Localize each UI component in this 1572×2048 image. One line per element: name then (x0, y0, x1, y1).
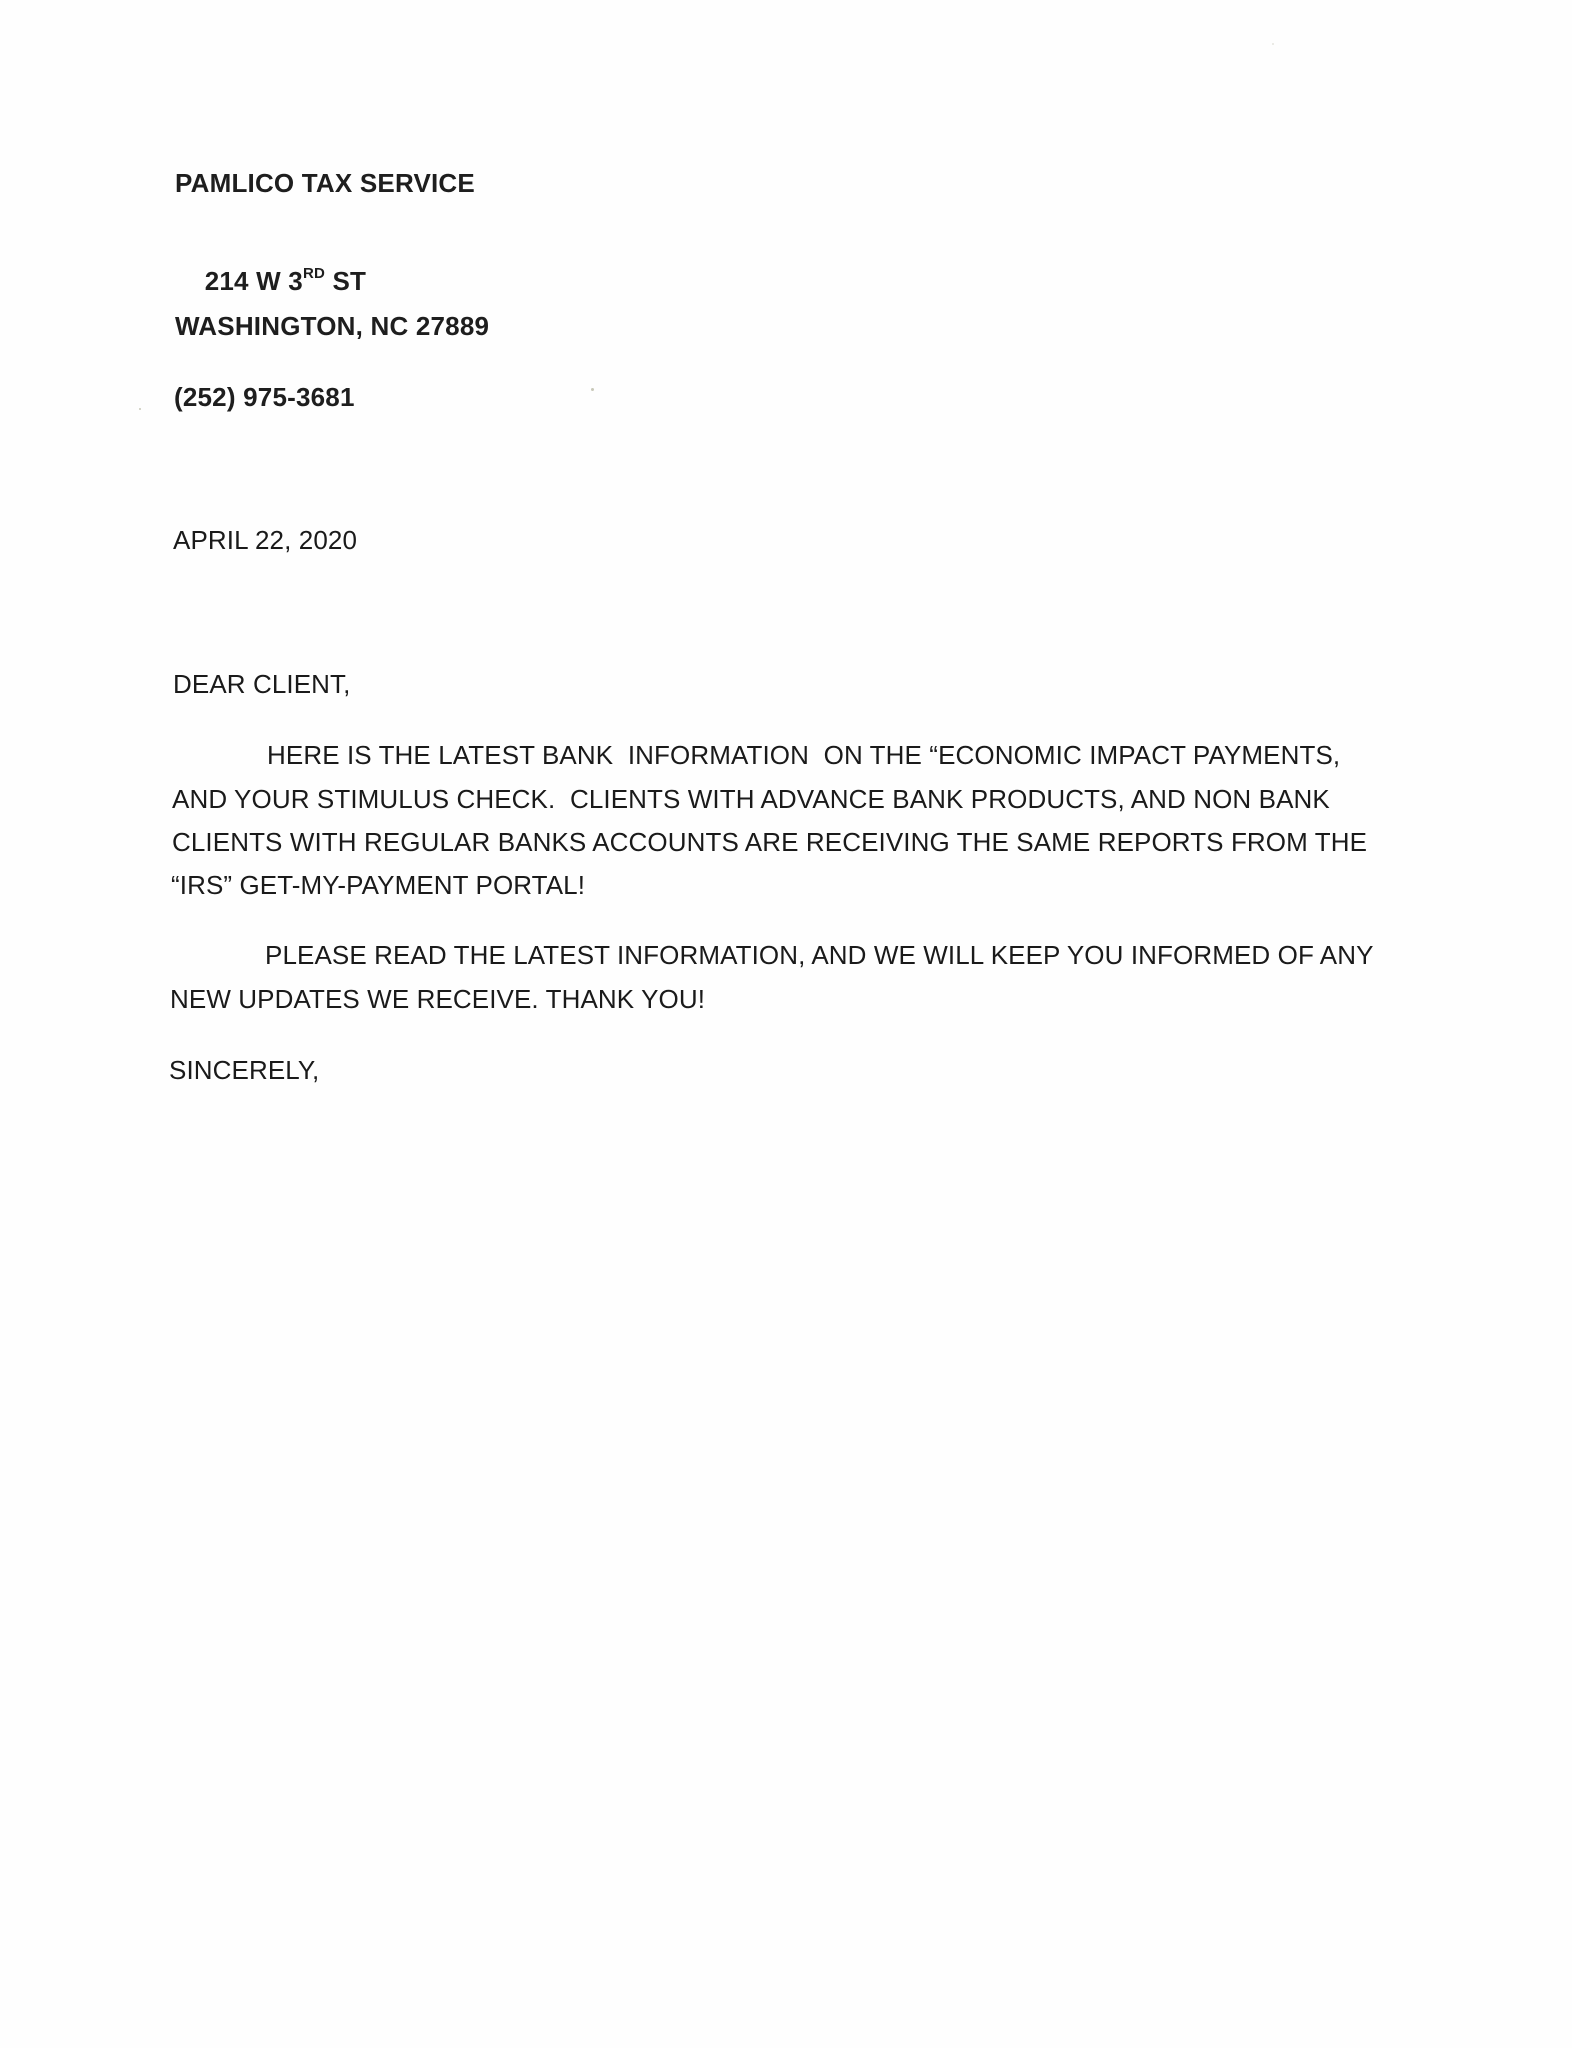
letter-page: PAMLICO TAX SERVICE 214 W 3RD ST WASHING… (0, 0, 1572, 2048)
letter-date: APRIL 22, 2020 (173, 527, 357, 553)
paragraph-1-line-4: “IRS” GET-MY-PAYMENT PORTAL! (171, 872, 585, 898)
address-street: ST (325, 266, 366, 296)
scan-speck (139, 408, 141, 410)
paragraph-2-line-1: PLEASE READ THE LATEST INFORMATION, AND … (265, 942, 1374, 968)
scan-speck (1272, 43, 1274, 45)
paragraph-1-line-3: CLIENTS WITH REGULAR BANKS ACCOUNTS ARE … (172, 829, 1367, 855)
phone-number: (252) 975-3681 (174, 384, 355, 410)
paragraph-2-line-2: NEW UPDATES WE RECEIVE. THANK YOU! (170, 986, 705, 1012)
address-number: 214 W 3 (205, 266, 303, 296)
street-address: 214 W 3RD ST (175, 242, 366, 320)
city-state-zip: WASHINGTON, NC 27889 (175, 313, 489, 339)
closing: SINCERELY, (169, 1057, 319, 1083)
paragraph-1-line-2: AND YOUR STIMULUS CHECK. CLIENTS WITH AD… (172, 786, 1330, 812)
company-name: PAMLICO TAX SERVICE (175, 170, 475, 196)
paragraph-1-line-1: HERE IS THE LATEST BANK INFORMATION ON T… (267, 742, 1340, 768)
salutation: DEAR CLIENT, (173, 671, 350, 697)
address-ordinal-suffix: RD (303, 265, 325, 282)
scan-speck (591, 388, 594, 391)
